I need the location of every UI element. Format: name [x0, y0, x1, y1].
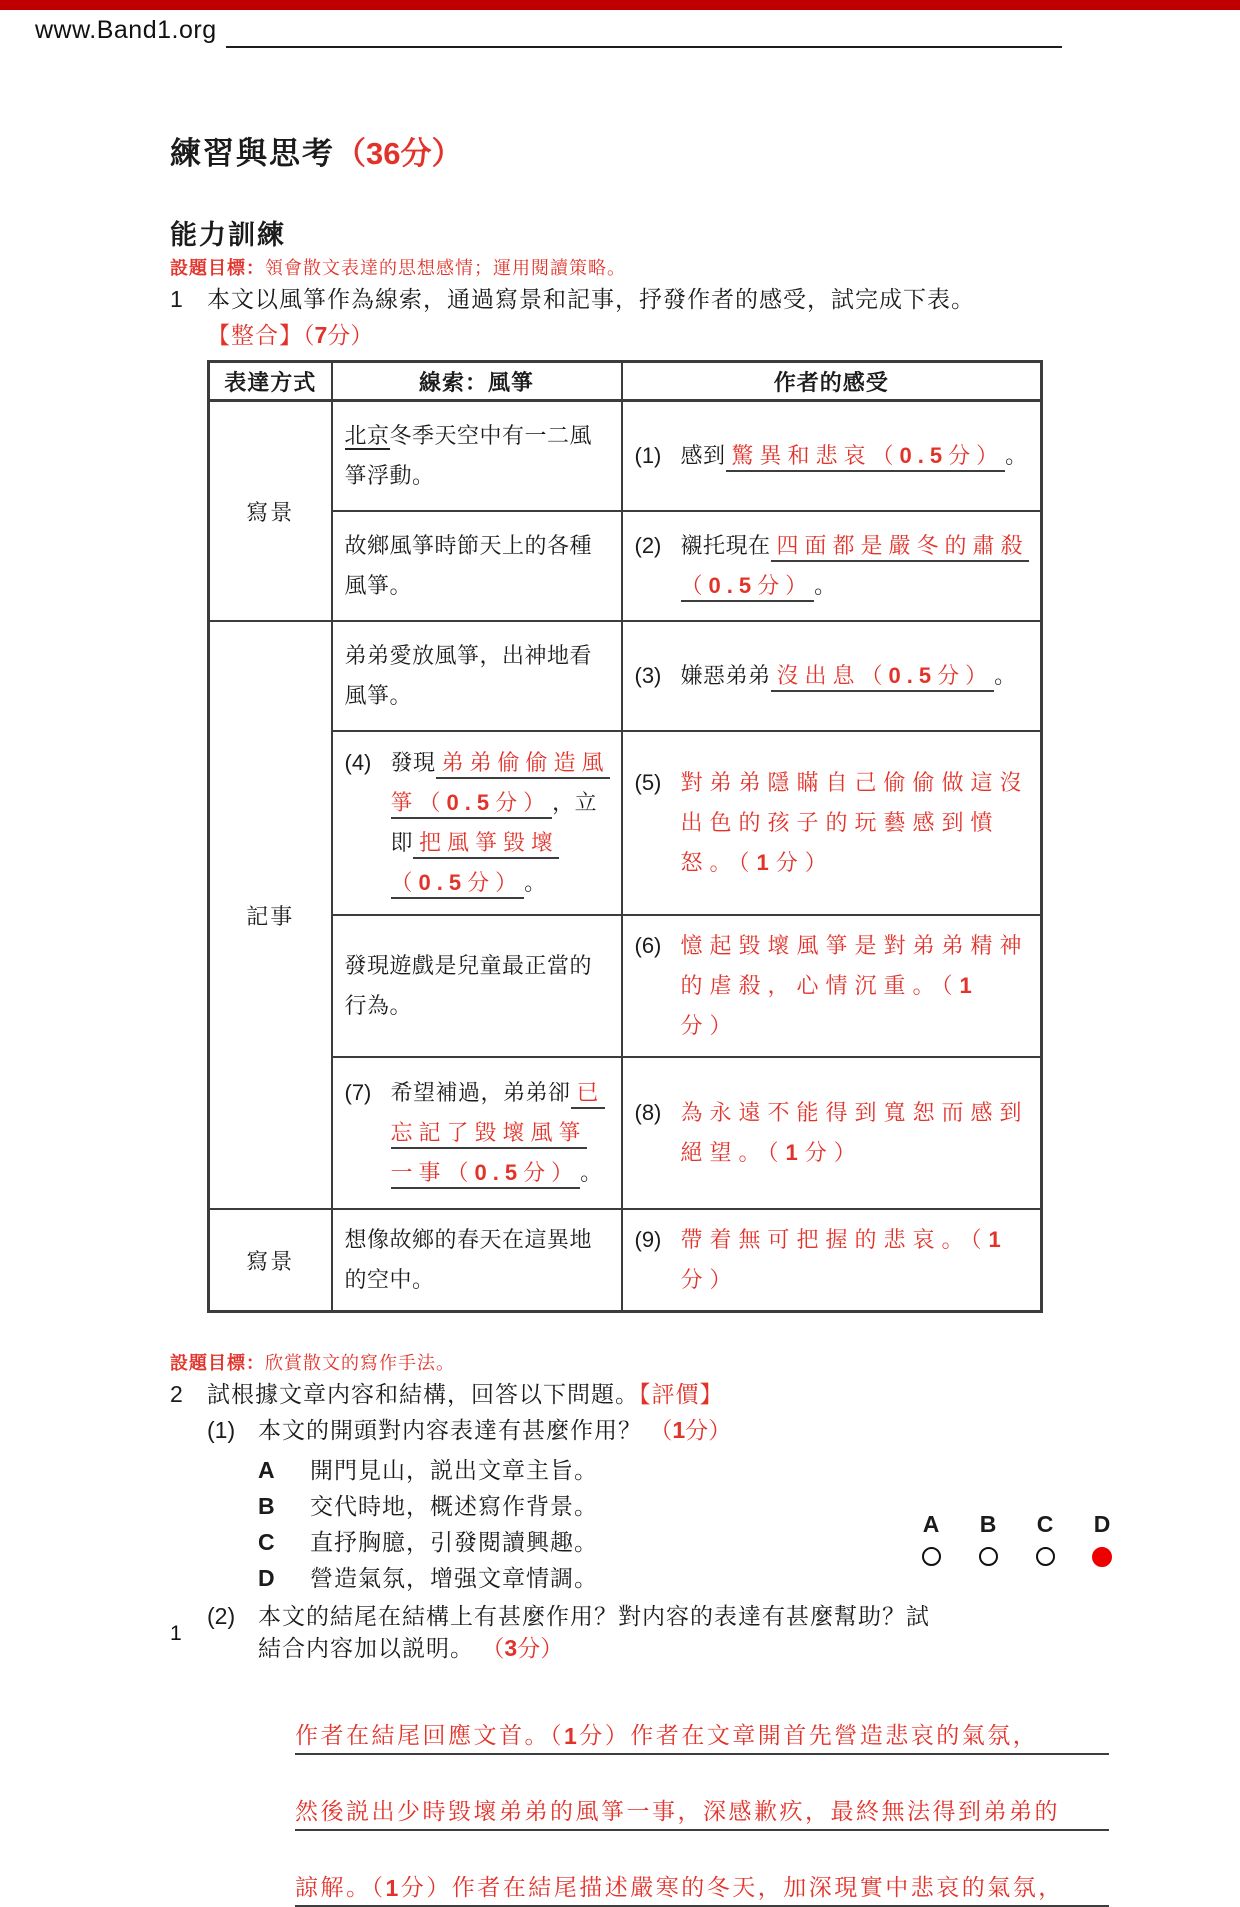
table-row: 故鄉風箏時節天上的各種風箏。(2)襯托現在四面都是嚴冬的肅殺（0.5分）。	[209, 511, 1042, 621]
radio-label: A	[923, 1512, 940, 1536]
goal-label: 設題目標：	[170, 1353, 265, 1373]
table-header-cell: 線索：風箏	[332, 362, 622, 401]
sub-question-stem: 本文的結尾在結構上有甚麼作用？對内容的表達有甚麼幫助？試結合内容加以説明。	[258, 1603, 930, 1661]
item-number: (9)	[635, 1220, 681, 1300]
site-link[interactable]: www.Band1.org	[35, 16, 217, 45]
question-text: 本文以風箏作為線索，通過寫景和記事，抒發作者的感受，試完成下表。	[207, 284, 1075, 315]
mode-cell: 寫景	[209, 401, 332, 622]
section-heading: 能力訓練	[170, 213, 1075, 252]
item-number: (1)	[635, 436, 681, 476]
option-text: 直抒胸臆，引發閱讀興趣。	[310, 1524, 598, 1560]
feeling-cell: (6)憶起毀壞風箏是對弟弟精神的虐殺，心情沉重。（1分）	[622, 915, 1042, 1057]
goal-line-1: 設題目標：領會散文表達的思想感情；運用閱讀策略。	[170, 254, 1075, 280]
radio-column-B: B	[973, 1512, 1003, 1567]
cell-text: 感到	[681, 443, 726, 468]
mode-cell: 記事	[209, 621, 332, 1209]
cell-text: 。	[580, 1160, 603, 1185]
red-answer-text: 憶起毀壞風箏是對弟弟精神的虐殺，心情沉重。（1分）	[681, 933, 1029, 1038]
mode-cell: 寫景	[209, 1209, 332, 1312]
question-1-tags: 【整合】（7分）	[207, 317, 1075, 350]
feeling-cell: (2)襯托現在四面都是嚴冬的肅殺（0.5分）。	[622, 511, 1042, 621]
answer-line: 諒解。（1分）作者在結尾描述嚴寒的冬天，加深現實中悲哀的氣氛，	[295, 1831, 1109, 1907]
goal-line-2: 設題目標：欣賞散文的寫作手法。	[170, 1349, 1075, 1375]
goal-text: 領會散文表達的思想感情；運用閱讀策略。	[265, 258, 626, 278]
page-title: 練習與思考（36分）	[170, 128, 1075, 173]
cell-text: 故鄉風箏時節天上的各種風箏。	[345, 533, 593, 598]
cell-text: 弟弟愛放風箏，出神地看風箏。	[345, 643, 593, 708]
feeling-cell: (3)嫌惡弟弟沒出息（0.5分）。	[622, 621, 1042, 731]
cell-text: 發現	[391, 750, 436, 775]
table-row: 發現遊戲是兒童最正當的行為。(6)憶起毀壞風箏是對弟弟精神的虐殺，心情沉重。（1…	[209, 915, 1042, 1057]
question-score: （7分）	[303, 322, 373, 348]
radio-button-D[interactable]	[1092, 1547, 1112, 1567]
cell-text: 。	[994, 663, 1017, 688]
radio-column-A: A	[916, 1512, 946, 1567]
mc-option-A: A開門見山，説出文章主旨。	[258, 1452, 1075, 1488]
red-answer-text: 帶着無可把握的悲哀。（1分）	[681, 1227, 1008, 1292]
radio-button-B[interactable]	[979, 1547, 998, 1566]
sub-question-number: (2)	[207, 1600, 258, 1664]
table-row: 寫景想像故鄉的春天在這異地的空中。(9)帶着無可把握的悲哀。（1分）	[209, 1209, 1042, 1312]
radio-label: B	[980, 1512, 997, 1536]
answer-line: 作者在結尾回應文首。（1分）作者在文章開首先營造悲哀的氣氛，	[295, 1679, 1109, 1755]
option-text: 開門見山，説出文章主旨。	[310, 1452, 598, 1488]
goal-text: 欣賞散文的寫作手法。	[265, 1353, 455, 1373]
item-number: (4)	[345, 743, 391, 903]
radio-button-C[interactable]	[1036, 1547, 1055, 1566]
table-row: 寫景北京冬季天空中有一二風箏浮動。(1)感到驚異和悲哀（0.5分）。	[209, 401, 1042, 512]
question-number: 1	[170, 284, 207, 315]
feeling-cell: (8)為永遠不能得到寬恕而感到絕望。（1分）	[622, 1057, 1042, 1209]
question-2-1-stem-row: (1) 本文的開頭對内容表達有甚麼作用？ （1分）	[207, 1414, 1075, 1446]
red-answer-text: 對弟弟隱瞞自己偷偷做這沒出色的孩子的玩藝感到憤怒。（1分）	[681, 770, 1029, 875]
cell-text: 嫌惡弟弟	[681, 663, 771, 688]
feeling-cell: (9)帶着無可把握的悲哀。（1分）	[622, 1209, 1042, 1312]
red-answer-text: 為永遠不能得到寬恕而感到絕望。（1分）	[681, 1100, 1029, 1165]
goal-label: 設題目標：	[170, 258, 265, 278]
sub-question-stem: 本文的開頭對内容表達有甚麼作用？	[258, 1417, 642, 1443]
option-key: B	[258, 1488, 310, 1524]
question-2-2-stem-row: (2) 本文的結尾在結構上有甚麼作用？對内容的表達有甚麼幫助？試結合内容加以説明…	[207, 1600, 1075, 1664]
item-number: (6)	[635, 926, 681, 1046]
page-number: 1	[170, 1622, 182, 1646]
table-row: (4)發現弟弟偷偷造風箏（0.5分），立即把風箏毀壞（0.5分）。(5)對弟弟隱…	[209, 731, 1042, 915]
mc-options: A開門見山，説出文章主旨。B交代時地，概述寫作背景。C直抒胸臆，引發閱讀興趣。D…	[258, 1452, 1075, 1596]
cell-text: 希望補過，弟弟卻	[391, 1080, 571, 1105]
item-number: (2)	[635, 526, 681, 606]
header-rule	[226, 46, 1062, 48]
cell-text: 襯托現在	[681, 533, 771, 558]
question-2-stem: 試根據文章内容和結構，回答以下問題。	[207, 1381, 639, 1407]
table-header-row: 表達方式線索：風箏作者的感受	[209, 362, 1042, 401]
written-answer: 作者在結尾回應文首。（1分）作者在文章開首先營造悲哀的氣氛，然後説出少時毀壞弟弟…	[295, 1679, 1109, 1907]
item-number: (8)	[635, 1093, 681, 1173]
table-row: (7)希望補過，弟弟卻已忘記了毀壞風箏一事（0.5分）。(8)為永遠不能得到寬恕…	[209, 1057, 1042, 1209]
worksheet-page: 練習與思考（36分） 能力訓練 設題目標：領會散文表達的思想感情；運用閱讀策略。…	[170, 128, 1075, 1907]
sub-question-number: (1)	[207, 1414, 258, 1446]
cell-text: 想像故鄉的春天在這異地的空中。	[345, 1227, 593, 1292]
table-row: 記事弟弟愛放風箏，出神地看風箏。(3)嫌惡弟弟沒出息（0.5分）。	[209, 621, 1042, 731]
sub-question-score: （3分）	[481, 1635, 563, 1661]
table-header-cell: 作者的感受	[622, 362, 1042, 401]
page-title-text: 練習與思考	[170, 136, 335, 171]
proper-noun: 北京	[345, 423, 390, 450]
answer-blank: 沒出息（0.5分）	[771, 663, 995, 692]
answer-blank: 驚異和悲哀（0.5分）	[726, 443, 1006, 472]
question-tag: 【整合】	[207, 322, 303, 348]
option-text: 交代時地，概述寫作背景。	[310, 1488, 598, 1524]
clue-cell: (4)發現弟弟偷偷造風箏（0.5分），立即把風箏毀壞（0.5分）。	[332, 731, 622, 915]
question-tag: 【評價】	[639, 1381, 724, 1407]
question-2-1: (1) 本文的開頭對内容表達有甚麼作用？ （1分） A開門見山，説出文章主旨。B…	[207, 1414, 1075, 1596]
clue-cell: (7)希望補過，弟弟卻已忘記了毀壞風箏一事（0.5分）。	[332, 1057, 622, 1209]
clue-cell: 發現遊戲是兒童最正當的行為。	[332, 915, 622, 1057]
answer-line: 然後説出少時毀壞弟弟的風箏一事，深感歉疚，最終無法得到弟弟的	[295, 1755, 1109, 1831]
option-text: 營造氣氛，增强文章情調。	[310, 1560, 598, 1596]
question-2: 2 試根據文章内容和結構，回答以下問題。【評價】	[170, 1379, 1075, 1410]
question-1: 1 本文以風箏作為線索，通過寫景和記事，抒發作者的感受，試完成下表。	[170, 284, 1075, 315]
item-number: (3)	[635, 656, 681, 696]
question-2-2: (2) 本文的結尾在結構上有甚麼作用？對内容的表達有甚麼幫助？試結合内容加以説明…	[207, 1600, 1075, 1906]
sub-question-score: （1分）	[649, 1417, 731, 1443]
top-accent-bar	[0, 0, 1240, 10]
cell-text: 。	[814, 573, 837, 598]
sub-question-text: 本文的結尾在結構上有甚麼作用？對内容的表達有甚麼幫助？試結合内容加以説明。 （3…	[258, 1600, 934, 1664]
clue-cell: 北京冬季天空中有一二風箏浮動。	[332, 401, 622, 512]
radio-column-D: D	[1087, 1512, 1117, 1567]
option-key: A	[258, 1452, 310, 1488]
clue-cell: 故鄉風箏時節天上的各種風箏。	[332, 511, 622, 621]
radio-button-A[interactable]	[922, 1547, 941, 1566]
sub-question-text: 本文的開頭對内容表達有甚麼作用？ （1分）	[258, 1414, 731, 1446]
item-number: (5)	[635, 763, 681, 883]
cell-text: 。	[524, 870, 547, 895]
mc-answer-grid: ABCD	[916, 1512, 1117, 1567]
feeling-cell: (1)感到驚異和悲哀（0.5分）。	[622, 401, 1042, 512]
cell-text: 。	[1005, 443, 1028, 468]
page-title-score: （36分）	[335, 136, 462, 171]
option-key: D	[258, 1560, 310, 1596]
option-key: C	[258, 1524, 310, 1560]
question-text: 試根據文章内容和結構，回答以下問題。【評價】	[207, 1379, 1075, 1410]
clue-cell: 想像故鄉的春天在這異地的空中。	[332, 1209, 622, 1312]
feeling-cell: (5)對弟弟隱瞞自己偷偷做這沒出色的孩子的玩藝感到憤怒。（1分）	[622, 731, 1042, 915]
radio-label: D	[1094, 1512, 1111, 1536]
cell-text: 發現遊戲是兒童最正當的行為。	[345, 953, 593, 1018]
analysis-table: 表達方式線索：風箏作者的感受 寫景北京冬季天空中有一二風箏浮動。(1)感到驚異和…	[207, 360, 1043, 1313]
clue-cell: 弟弟愛放風箏，出神地看風箏。	[332, 621, 622, 731]
item-number: (7)	[345, 1073, 391, 1193]
table-header-cell: 表達方式	[209, 362, 332, 401]
question-number: 2	[170, 1379, 207, 1410]
radio-label: C	[1037, 1512, 1054, 1536]
radio-column-C: C	[1030, 1512, 1060, 1567]
